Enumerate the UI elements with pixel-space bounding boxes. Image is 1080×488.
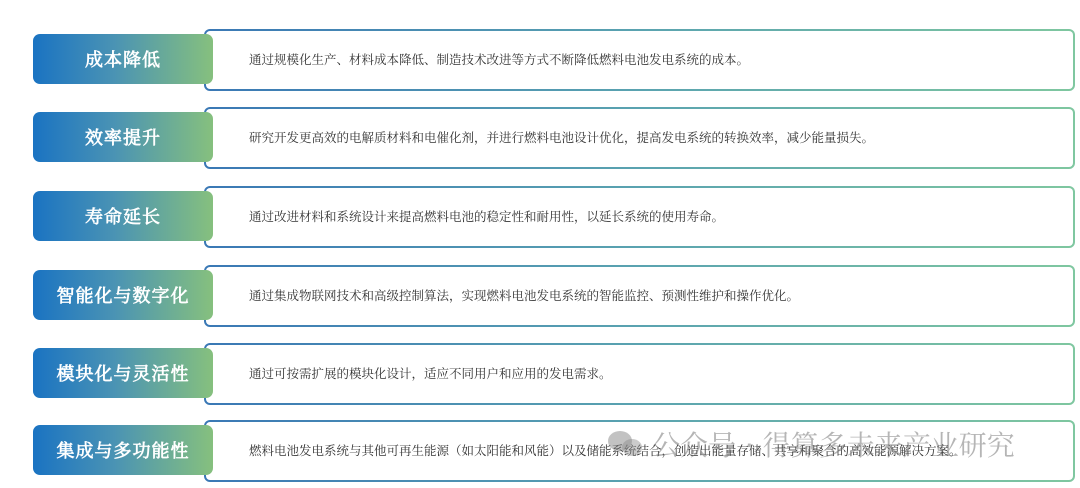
description-box: 研究开发更高效的电解质材料和电催化剂，并进行燃料电池设计优化，提高发电系统的转换… [204,107,1075,169]
category-label: 智能化与数字化 [33,270,213,320]
description-text: 通过集成物联网技术和高级控制算法，实现燃料电池发电系统的智能监控、预测性维护和操… [249,267,799,325]
category-label: 成本降低 [33,34,213,84]
description-box: 通过可按需扩展的模块化设计，适应不同用户和应用的发电需求。 [204,343,1075,405]
diagram-row-modularity: 通过可按需扩展的模块化设计，适应不同用户和应用的发电需求。 模块化与灵活性 [0,343,1080,409]
description-box: 通过规模化生产、材料成本降低、制造技术改进等方式不断降低燃料电池发电系统的成本。 [204,29,1075,91]
description-text: 通过可按需扩展的模块化设计，适应不同用户和应用的发电需求。 [249,345,612,403]
category-label: 寿命延长 [33,191,213,241]
diagram-row-cost: 通过规模化生产、材料成本降低、制造技术改进等方式不断降低燃料电池发电系统的成本。… [0,29,1080,95]
description-text: 通过改进材料和系统设计来提高燃料电池的稳定性和耐用性，以延长系统的使用寿命。 [249,188,724,246]
diagram-row-efficiency: 研究开发更高效的电解质材料和电催化剂，并进行燃料电池设计优化，提高发电系统的转换… [0,107,1080,173]
category-label: 集成与多功能性 [33,425,213,475]
description-box: 通过改进材料和系统设计来提高燃料电池的稳定性和耐用性，以延长系统的使用寿命。 [204,186,1075,248]
description-text: 研究开发更高效的电解质材料和电催化剂，并进行燃料电池设计优化，提高发电系统的转换… [249,109,874,167]
wechat-icon [608,429,644,459]
watermark-text: 公众号 · 得算多未来产业研究 [652,424,1015,464]
description-box: 通过集成物联网技术和高级控制算法，实现燃料电池发电系统的智能监控、预测性维护和操… [204,265,1075,327]
watermark: 公众号 · 得算多未来产业研究 [608,424,1015,464]
category-label: 模块化与灵活性 [33,348,213,398]
diagram-row-intelligence: 通过集成物联网技术和高级控制算法，实现燃料电池发电系统的智能监控、预测性维护和操… [0,265,1080,331]
diagram-row-lifespan: 通过改进材料和系统设计来提高燃料电池的稳定性和耐用性，以延长系统的使用寿命。 寿… [0,186,1080,252]
category-label: 效率提升 [33,112,213,162]
description-text: 通过规模化生产、材料成本降低、制造技术改进等方式不断降低燃料电池发电系统的成本。 [249,31,749,89]
